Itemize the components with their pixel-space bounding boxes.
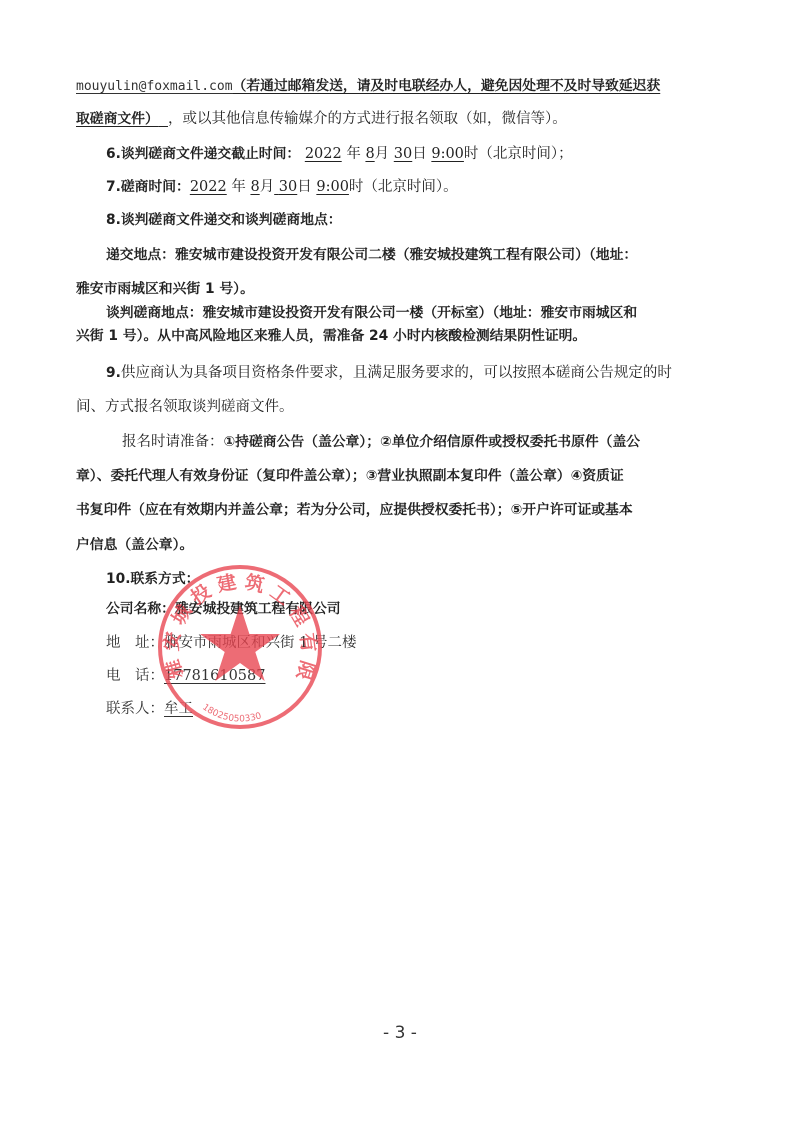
item7-year: 2022 [190, 179, 227, 195]
item6-label: 6.谈判磋商文件递交截止时间： [106, 146, 300, 162]
email-line-2: 取磋商文件） ，或以其他信息传输媒介的方式进行报名领取（如，微信等）。 [76, 109, 567, 129]
contact-row: 联系人：牟工 [106, 699, 193, 719]
address-row: 地 址：雅安市雨城区和兴街 1 号二楼 [106, 633, 356, 653]
item7-year-unit: 年 [231, 179, 246, 195]
item9-line2: 间、方式报名领取谈判磋商文件。 [76, 397, 294, 417]
item8-submit-line2: 雅安市雨城区和兴街 1 号）。 [76, 279, 254, 299]
item7-time: 9:00 [316, 179, 349, 195]
contact-label: 联系人： [106, 701, 164, 717]
item9-line1: 9.供应商认为具备项目资格条件要求，且满足服务要求的，可以按照本磋商公告规定的时 [106, 363, 672, 383]
address-value: 雅安市雨城区和兴街 1 号二楼 [164, 635, 356, 651]
item9-text1: 供应商认为具备项目资格条件要求，且满足服务要求的，可以按照本磋商公告规定的时 [121, 365, 672, 381]
item6-year: 2022 [305, 146, 342, 162]
page-number: - 3 - [0, 1023, 800, 1043]
item6-time: 9:00 [431, 146, 464, 162]
item7-day: 30 [279, 179, 297, 195]
phone-row: 电 话：17781610587 [106, 666, 265, 686]
email-line: mouyulin@foxmail.com（若通过邮箱发送，请及时电联经办人，避免… [76, 76, 660, 97]
item8-label: 8.谈判磋商文件递交和谈判磋商地点： [106, 210, 342, 230]
item8-negotiate-line1: 谈判磋商地点：雅安城市建设投资开发有限公司一楼（开标室）（地址：雅安市雨城区和 [106, 303, 637, 323]
item7-month: 8 [250, 179, 259, 195]
prep-text1: ①持磋商公告（盖公章）；②单位介绍信原件或授权委托书原件（盖公 [224, 434, 641, 450]
company-label: 公司名称： [106, 601, 175, 617]
prep-line3: 书复印件（应在有效期内并盖公章；若为分公司，应提供授权委托书）；⑤开户许可证或基… [76, 500, 633, 520]
item7-day-unit: 日 [297, 179, 312, 195]
email-trailing: ，或以其他信息传输媒介的方式进行报名领取（如，微信等）。 [168, 111, 567, 127]
prep-label: 报名时请准备： [122, 434, 224, 450]
address-label: 地 址： [106, 635, 164, 651]
item6-deadline: 6.谈判磋商文件递交截止时间： 2022 年 8月 30日 9:00时（北京时间… [106, 144, 573, 164]
prep-line2: 章）、委托代理人有效身份证（复印件盖公章）；③营业执照副本复印件（盖公章）④资质… [76, 466, 624, 486]
item7-negotiation-time: 7.磋商时间：2022 年 8月 30日 9:00时（北京时间）。 [106, 177, 458, 197]
item6-year-unit: 年 [346, 146, 361, 162]
contact-value: 牟工 [164, 701, 193, 717]
item6-day-unit: 日 [412, 146, 427, 162]
item8-submit-line1: 递交地点：雅安城市建设投资开发有限公司二楼（雅安城投建筑工程有限公司）（地址： [106, 245, 637, 265]
item6-month-unit: 月 [375, 146, 390, 162]
email-note-part1: （若通过邮箱发送，请及时电联经办人，避免因处理不及时导致延迟获 [233, 78, 661, 94]
item10-label: 10.联系方式： [106, 569, 199, 589]
email-address[interactable]: mouyulin@foxmail.com [76, 79, 233, 94]
item7-month-unit: 月 [260, 179, 275, 195]
phone-value[interactable]: 17781610587 [164, 668, 265, 684]
item9-label: 9. [106, 365, 121, 381]
email-note-part2: 取磋商文件） [76, 111, 159, 127]
seal-number: 18025050330 [200, 703, 263, 725]
company-row: 公司名称：雅安城投建筑工程有限公司 [106, 599, 341, 619]
company-value: 雅安城投建筑工程有限公司 [175, 601, 341, 617]
prep-line4: 户信息（盖公章）。 [76, 535, 193, 555]
item7-label: 7.磋商时间： [106, 179, 190, 195]
prep-line1: 报名时请准备：①持磋商公告（盖公章）；②单位介绍信原件或授权委托书原件（盖公 [122, 432, 640, 452]
phone-label: 电 话： [106, 668, 164, 684]
item7-time-suffix: 时（北京时间）。 [349, 179, 458, 195]
item6-month: 8 [365, 146, 374, 162]
item8-negotiate-line2: 兴街 1 号）。从中高风险地区来雅人员，需准备 24 小时内核酸检测结果阴性证明… [76, 326, 586, 346]
item6-time-suffix: 时（北京时间）； [464, 146, 573, 162]
item6-day: 30 [394, 146, 412, 162]
